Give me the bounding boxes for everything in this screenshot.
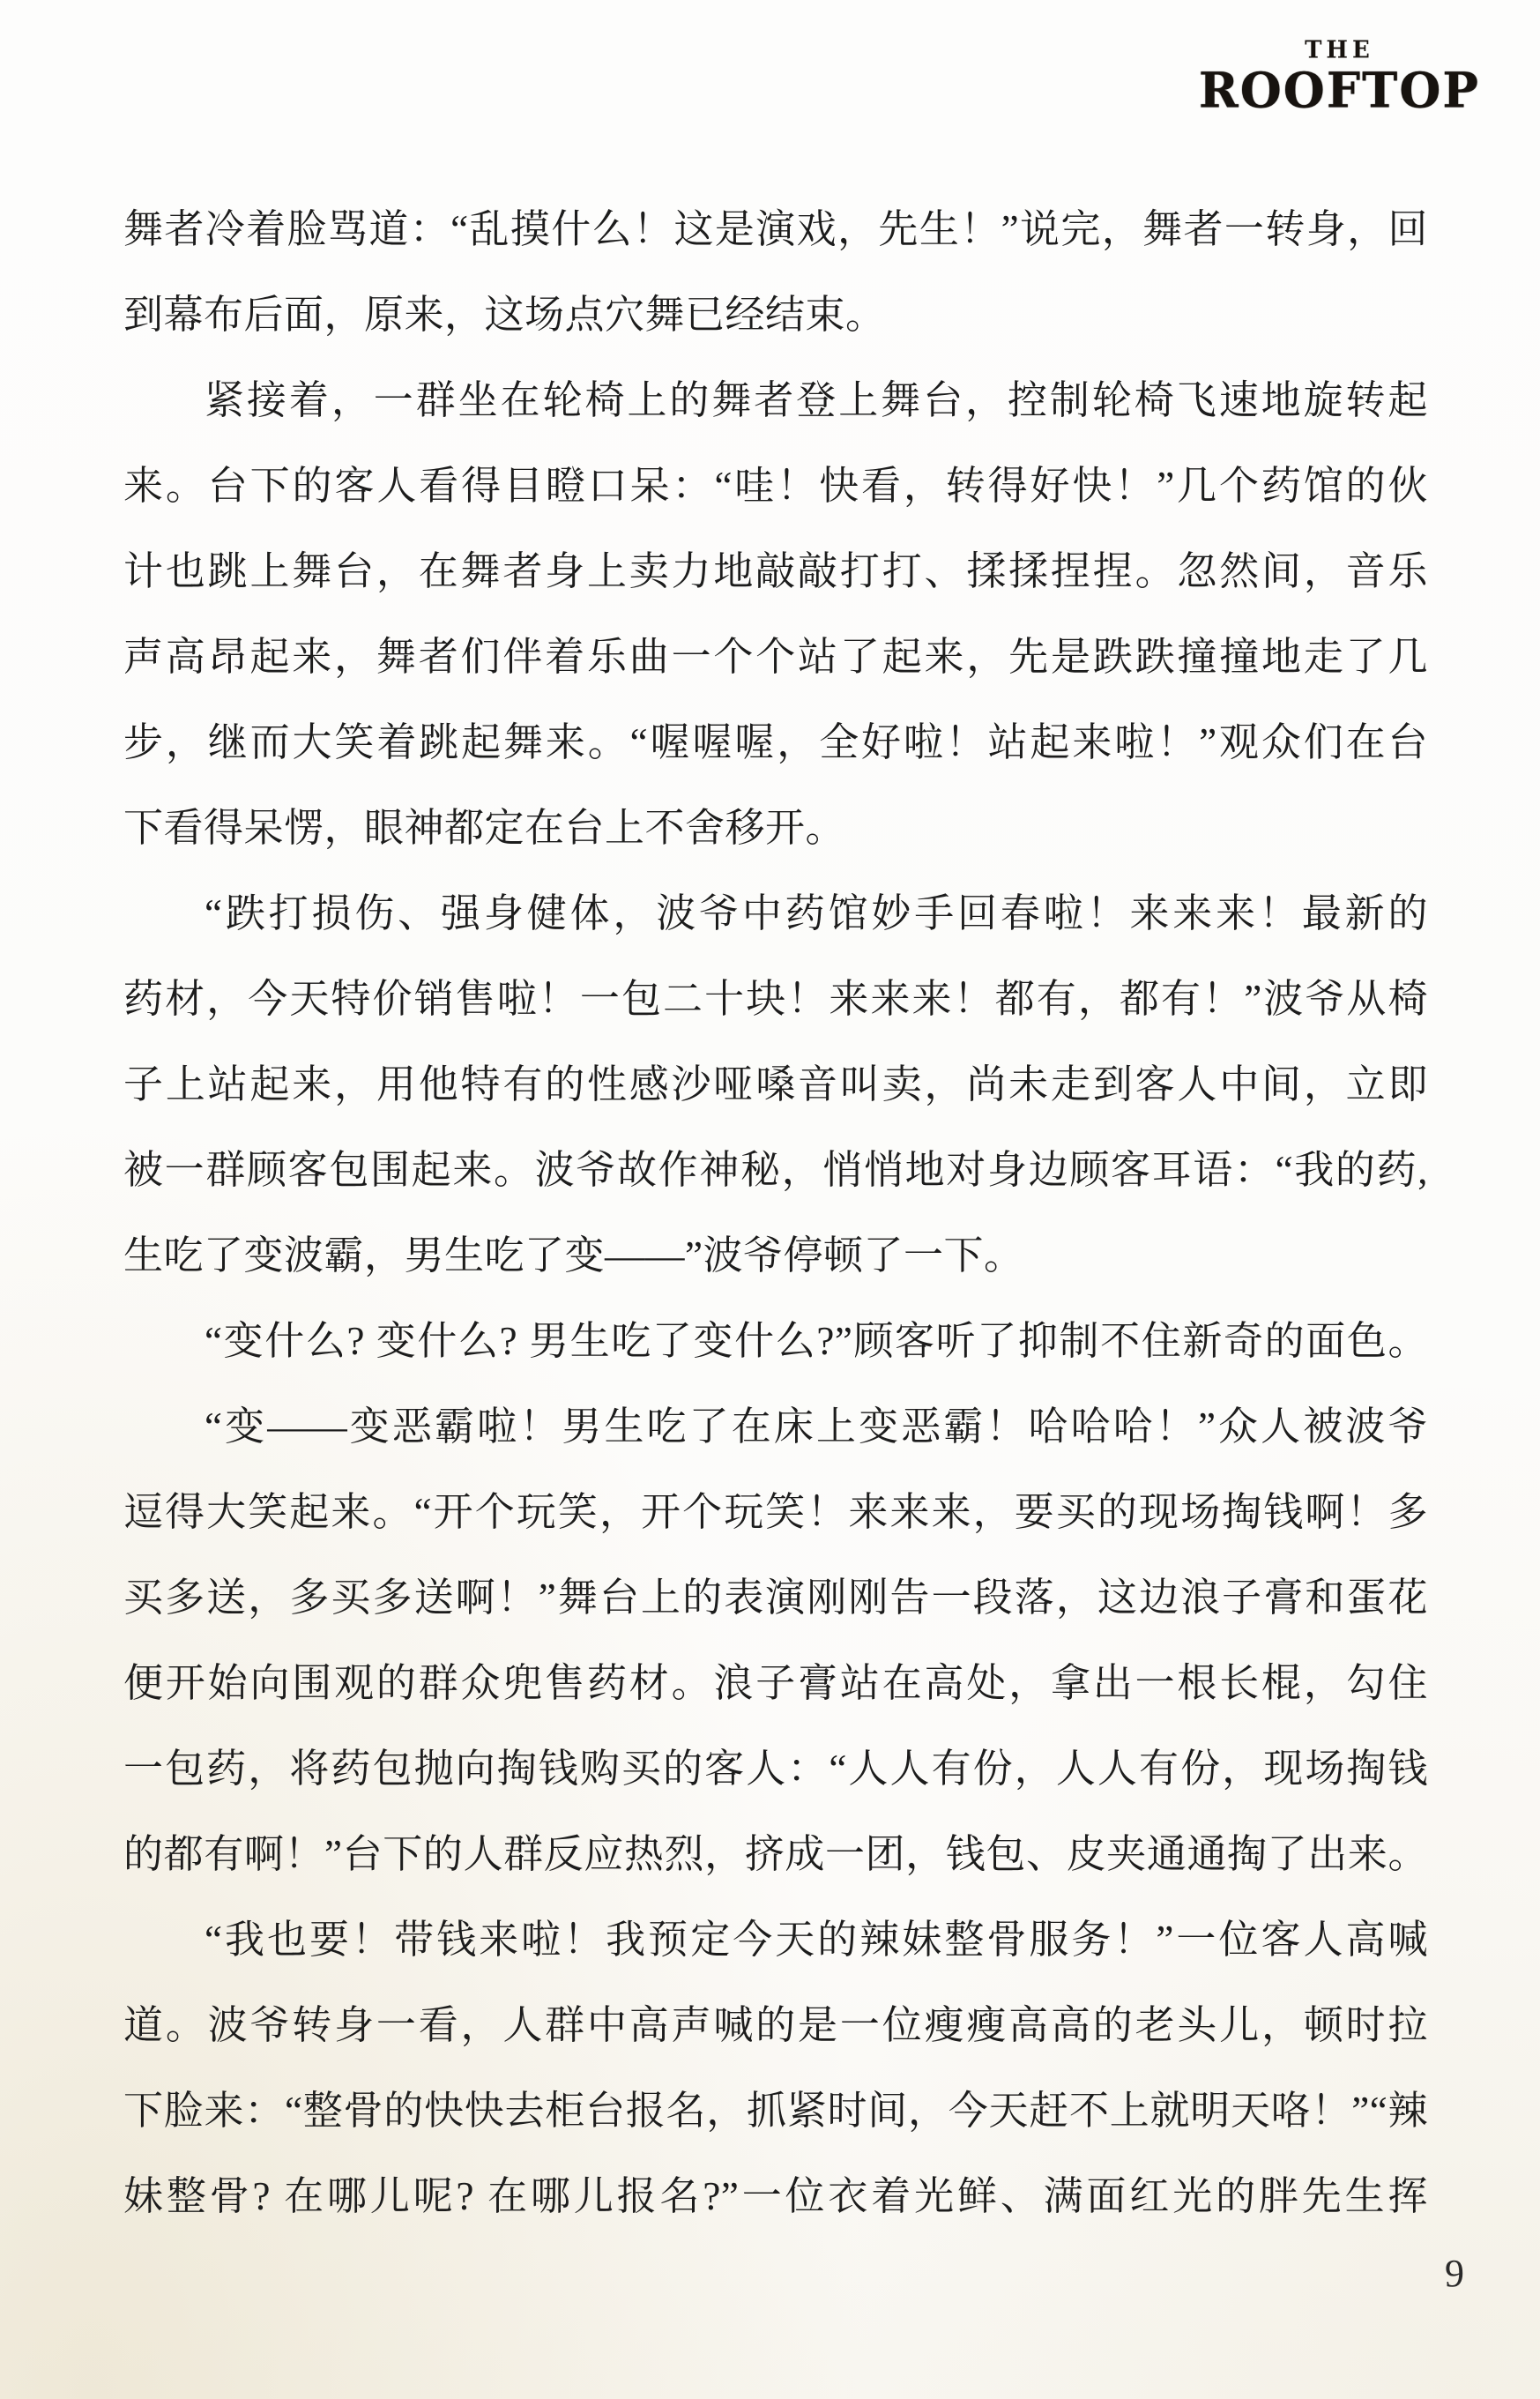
text-line: 生吃了变波霸，男生吃了变——”波爷停顿了一下。: [123, 1213, 1428, 1299]
text-line: 下脸来：“整骨的快快去柜台报名，抓紧时间，今天赶不上就明天咯！”“辣: [123, 2068, 1428, 2154]
book-page: THE ROOFTOP 舞者冷着脸骂道：“乱摸什么！这是演戏，先生！”说完，舞者…: [0, 0, 1540, 2399]
text-line: “跌打损伤、强身健体，波爷中药馆妙手回春啦！来来来！最新的: [123, 871, 1428, 957]
text-line: 来。台下的客人看得目瞪口呆：“哇！快看，转得好快！”几个药馆的伙: [123, 443, 1428, 529]
text-line: 紧接着，一群坐在轮椅上的舞者登上舞台，控制轮椅飞速地旋转起: [123, 358, 1428, 443]
text-line: 被一群顾客包围起来。波爷故作神秘，悄悄地对身边顾客耳语：“我的药,女: [123, 1128, 1428, 1213]
text-line: 道。波爷转身一看，人群中高声喊的是一位瘦瘦高高的老头儿，顿时拉: [123, 1983, 1428, 2068]
text-line: 计也跳上舞台，在舞者身上卖力地敲敲打打、揉揉捏捏。忽然间，音乐: [123, 529, 1428, 615]
text-line: “变什么? 变什么? 男生吃了变什么?”顾客听了抑制不住新奇的面色。: [123, 1299, 1428, 1384]
text-line: 到幕布后面，原来，这场点穴舞已经结束。: [123, 272, 1428, 358]
rooftop-logo: THE ROOFTOP: [1199, 37, 1480, 118]
text-line: 买多送，多买多送啊！”舞台上的表演刚刚告一段落，这边浪子膏和蛋花: [123, 1555, 1428, 1641]
text-line: “变——变恶霸啦！男生吃了在床上变恶霸！哈哈哈！”众人被波爷: [123, 1384, 1428, 1470]
text-line: 妹整骨? 在哪儿呢? 在哪儿报名?”一位衣着光鲜、满面红光的胖先生挥: [123, 2154, 1428, 2239]
text-line: “我也要！带钱来啦！我预定今天的辣妹整骨服务！”一位客人高喊: [123, 1897, 1428, 1983]
text-line: 便开始向围观的群众兜售药材。浪子膏站在高处，拿出一根长棍，勾住: [123, 1641, 1428, 1726]
text-line: 一包药，将药包抛向掏钱购买的客人：“人人有份，人人有份，现场掏钱: [123, 1726, 1428, 1812]
logo-the-text: THE: [1199, 36, 1480, 64]
text-line: 逗得大笑起来。“开个玩笑，开个玩笑！来来来，要买的现场掏钱啊！多: [123, 1470, 1428, 1555]
text-line: 子上站起来，用他特有的性感沙哑嗓音叫卖，尚未走到客人中间，立即: [123, 1042, 1428, 1128]
body-text: 舞者冷着脸骂道：“乱摸什么！这是演戏，先生！”说完，舞者一转身，回 到幕布后面，…: [123, 187, 1428, 2239]
text-line: 步，继而大笑着跳起舞来。“喔喔喔，全好啦！站起来啦！”观众们在台: [123, 700, 1428, 786]
text-line: 下看得呆愣，眼神都定在台上不舍移开。: [123, 786, 1428, 871]
text-line: 药材，今天特价销售啦！一包二十块！来来来！都有，都有！”波爷从椅: [123, 957, 1428, 1042]
text-line: 的都有啊！”台下的人群反应热烈，挤成一团，钱包、皮夹通通掏了出来。: [123, 1812, 1428, 1897]
logo-rooftop-text: ROOFTOP: [1199, 61, 1480, 118]
text-line: 舞者冷着脸骂道：“乱摸什么！这是演戏，先生！”说完，舞者一转身，回: [123, 187, 1428, 272]
page-number: 9: [1428, 2251, 1481, 2296]
text-line: 声高昂起来，舞者们伴着乐曲一个个站了起来，先是跌跌撞撞地走了几: [123, 615, 1428, 700]
